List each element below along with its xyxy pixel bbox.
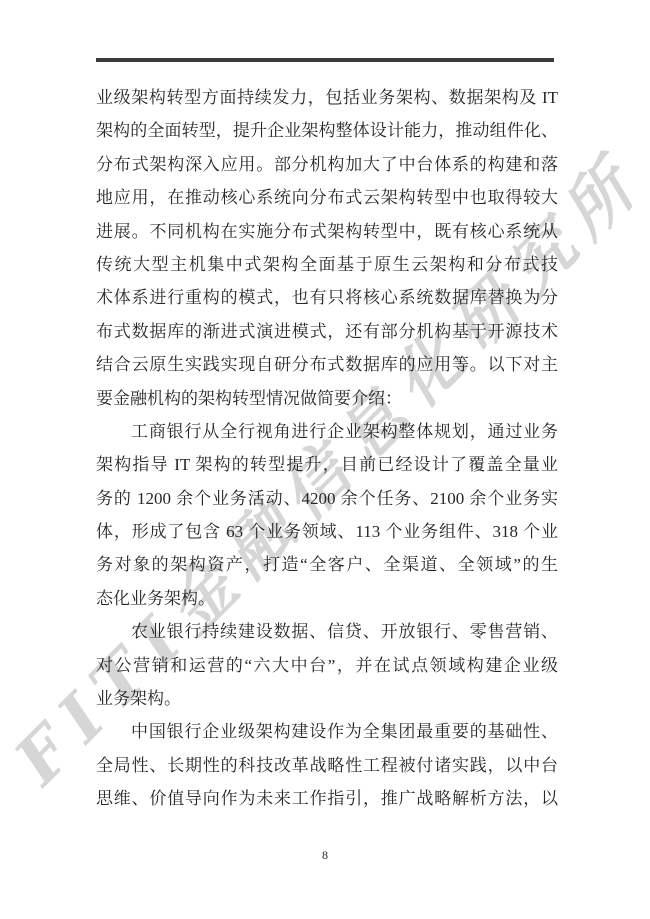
text-line: 务的 1200 余个业务活动、4200 余个任务、2100 余个业务实 (96, 482, 558, 515)
text-line: 业务架构。 (96, 682, 558, 715)
text-line: 农业银行持续建设数据、信贷、开放银行、零售营销、 (96, 615, 558, 648)
text-line: 传统大型主机集中式架构全面基于原生云架构和分布式技 (96, 248, 558, 281)
text-line: 思维、价值导向作为未来工作指引，推广战略解析方法，以 (96, 782, 558, 815)
text-line: 分布式架构深入应用。部分机构加大了中台体系的构建和落 (96, 148, 558, 181)
text-line: 业级架构转型方面持续发力，包括业务架构、数据架构及 IT (96, 81, 558, 114)
text-line: 全局性、长期性的科技改革战略性工程被付诸实践，以中台 (96, 749, 558, 782)
header-rule (96, 58, 554, 62)
text-line: 体，形成了包含 63 个业务领域、113 个业务组件、318 个业 (96, 515, 558, 548)
text-line: 架构指导 IT 架构的转型提升，目前已经设计了覆盖全量业 (96, 448, 558, 481)
page-number: 8 (0, 848, 650, 863)
text-line: 进展。不同机构在实施分布式架构转型中，既有核心系统从 (96, 215, 558, 248)
text-line: 结合云原生实践实现自研分布式数据库的应用等。以下对主 (96, 348, 558, 381)
text-line: 地应用，在推动核心系统向分布式云架构转型中也取得较大 (96, 181, 558, 214)
text-line: 布式数据库的渐进式演进模式，还有部分机构基于开源技术 (96, 315, 558, 348)
text-line: 态化业务架构。 (96, 582, 558, 615)
text-line: 术体系进行重构的模式，也有只将核心系统数据库替换为分 (96, 281, 558, 314)
text-line: 中国银行企业级架构建设作为全集团最重要的基础性、 (96, 715, 558, 748)
text-line: 对公营销和运营的“六大中台”，并在试点领域构建企业级 (96, 649, 558, 682)
body-text: 业级架构转型方面持续发力，包括业务架构、数据架构及 IT架构的全面转型，提升企业… (96, 81, 558, 816)
text-line: 工商银行从全行视角进行企业架构整体规划，通过业务 (96, 415, 558, 448)
document-page: FITI金融信息化研究所 业级架构转型方面持续发力，包括业务架构、数据架构及 I… (0, 0, 650, 919)
text-line: 要金融机构的架构转型情况做简要介绍： (96, 382, 558, 415)
text-line: 务对象的架构资产，打造“全客户、全渠道、全领域”的生 (96, 548, 558, 581)
text-line: 架构的全面转型，提升企业架构整体设计能力，推动组件化、 (96, 114, 558, 147)
